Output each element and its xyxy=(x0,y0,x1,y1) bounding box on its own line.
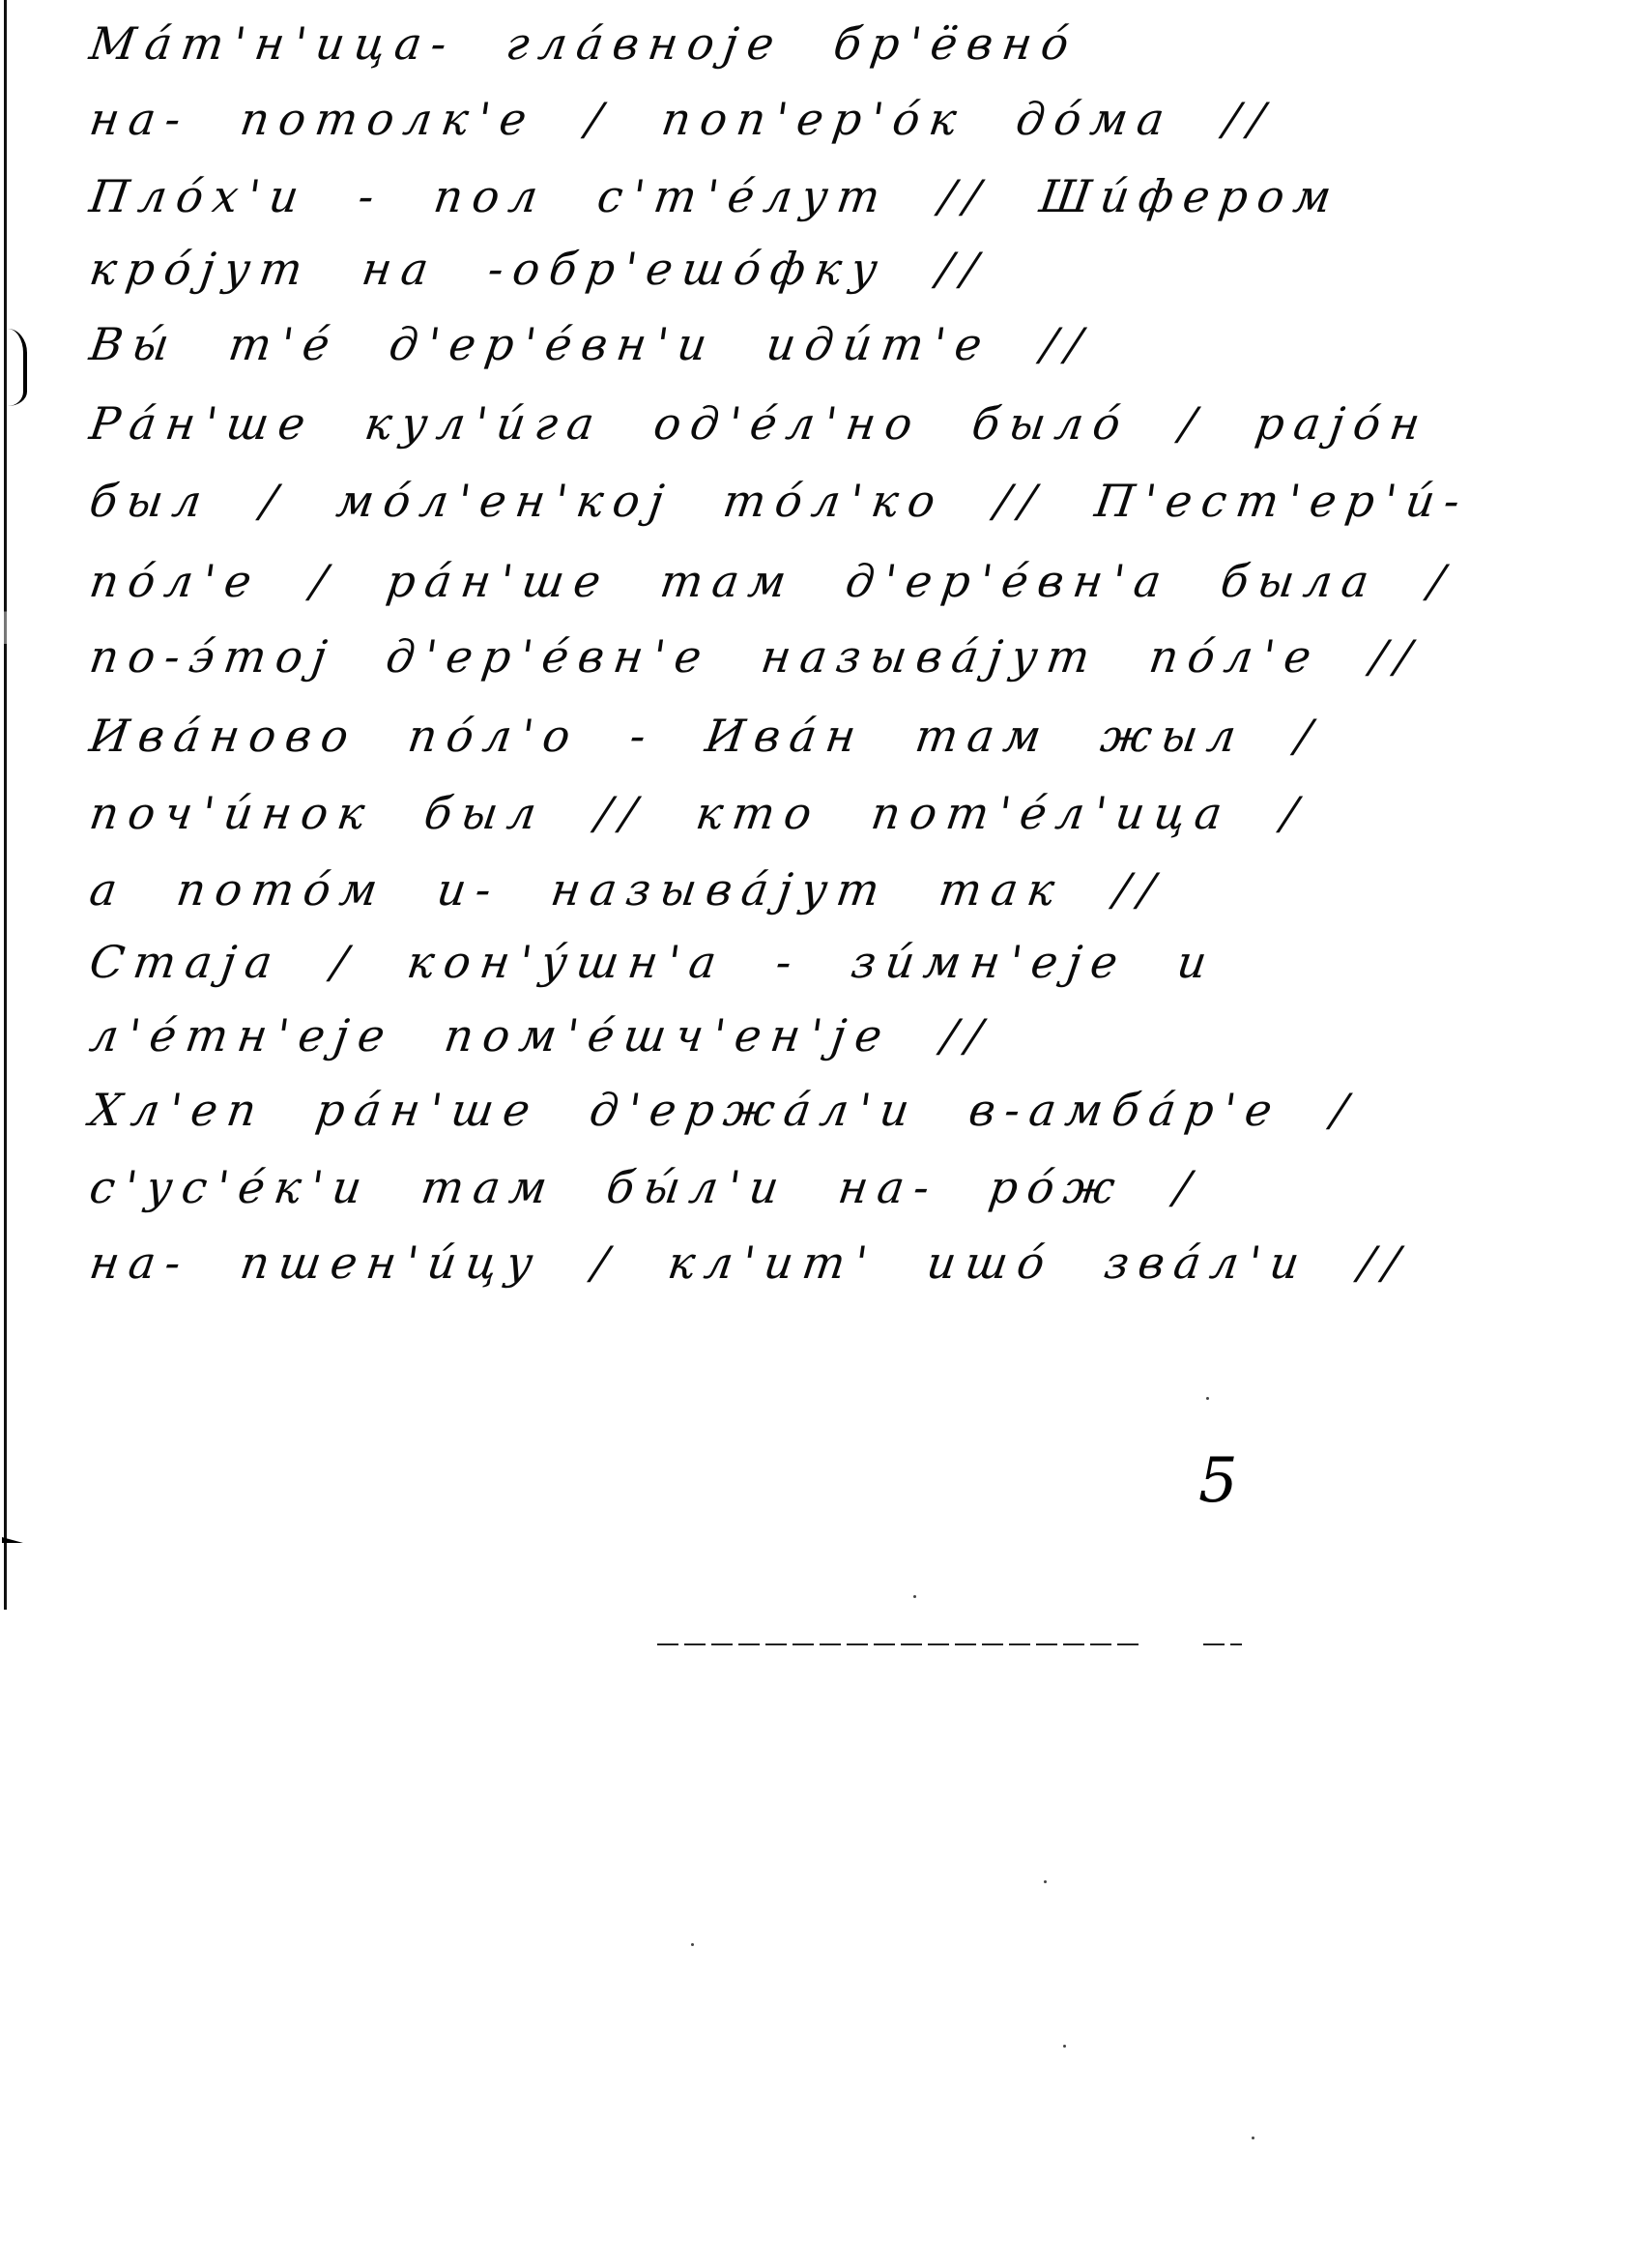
footer-dashed-rule xyxy=(657,1643,1140,1645)
text-line-15: Хл'еп ра́н'ше д'ержа́л'и в-амба́р'е / xyxy=(87,1088,1360,1132)
text-line-1: Ма́т'н'ица- гла́вноје бр'ёвно́ xyxy=(87,21,1081,66)
margin-bracket-mark xyxy=(8,329,27,406)
text-line-10: Ива́ново по́л'о - Ива́н там жыл / xyxy=(87,713,1324,758)
text-line-6: Ра́н'ше кул'и́га од'е́л'но было́ / рајо́… xyxy=(87,401,1432,446)
text-line-3: Пло́х'и - пол с'т'е́лут // Ши́фером xyxy=(87,174,1343,218)
text-line-13: Стаја / кон'у́шн'а - зи́мн'еје и xyxy=(87,940,1219,984)
left-margin-line xyxy=(4,0,7,1610)
text-line-9: по-э́тој д'ер'е́вн'е называ́јут по́л'е /… xyxy=(87,634,1424,679)
paper-speck xyxy=(1044,1880,1047,1883)
manuscript-page: Ма́т'н'ица- гла́вноје бр'ёвно́ на- потол… xyxy=(0,0,1643,2268)
text-line-7: был / мо́л'ен'кој то́л'ко // П'ест'ер'и́… xyxy=(87,479,1472,523)
paper-speck xyxy=(1252,2137,1254,2139)
page-number: 5 xyxy=(1198,1445,1238,1517)
text-line-5: Вы́ т'е́ д'ер'е́вн'и иди́т'е // xyxy=(87,322,1094,366)
paper-speck xyxy=(913,1595,916,1598)
text-line-17: на- пшен'и́цу / кл'ит' ишо́ зва́л'и // xyxy=(87,1240,1412,1285)
margin-corner-mark xyxy=(2,1537,23,1543)
paper-speck xyxy=(1206,1397,1209,1400)
footer-dashed-rule-end xyxy=(1203,1643,1242,1645)
paper-speck xyxy=(1063,2045,1066,2048)
text-line-2: на- потолк'е / поп'ер'о́к до́ма // xyxy=(87,97,1277,141)
text-line-4: кро́јут на -обр'ешо́фку // xyxy=(87,247,990,291)
text-line-11: поч'и́нок был // кто пот'е́л'ица / xyxy=(87,791,1310,835)
text-line-16: с'ус'е́к'и там бы́л'и на- ро́ж / xyxy=(87,1165,1203,1209)
text-line-8: по́л'е / ра́н'ше там д'ер'е́вн'а была / xyxy=(87,559,1456,603)
text-line-12: а пото́м и- называ́јут так // xyxy=(87,867,1167,912)
text-line-14: л'е́тн'еје пом'е́шч'ен'је // xyxy=(87,1013,994,1058)
paper-speck xyxy=(691,1943,694,1946)
